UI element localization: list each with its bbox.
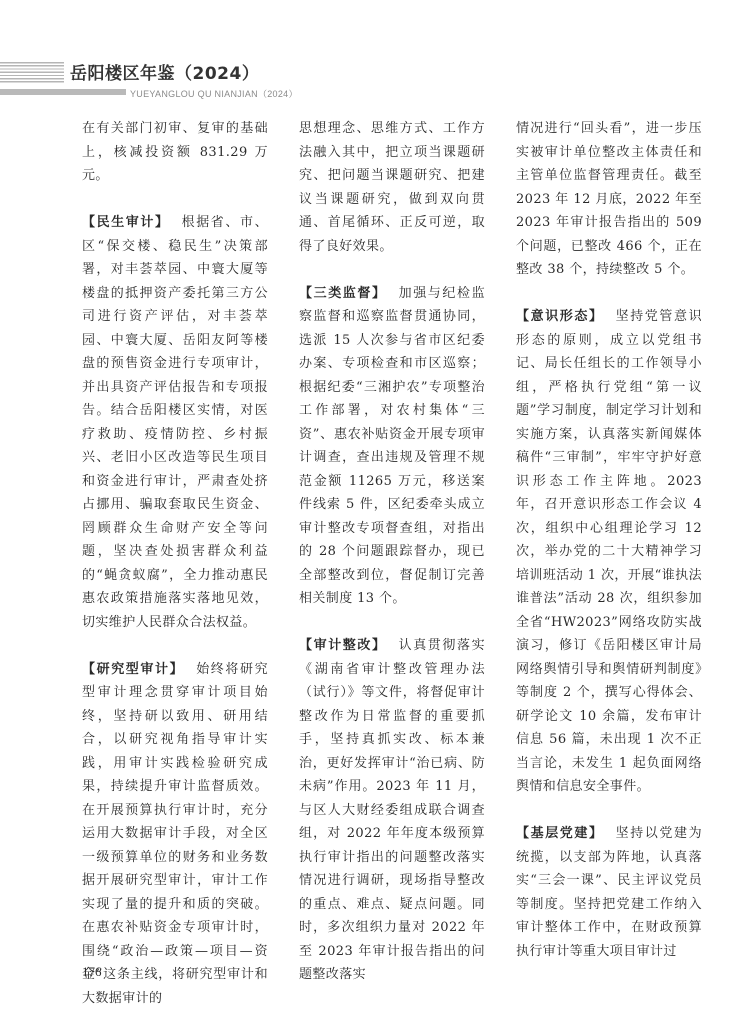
header-stripes-decoration (0, 62, 64, 84)
paragraph-text: 情况进行“回头看”，进一步压实被审计单位整改主体责任和主管单位监督管理责任。截至… (516, 121, 702, 277)
paragraph-text: 认真贯彻落实《湖南省审计整改管理办法（试行）》等文件，将督促审计整改作为日常监督… (299, 638, 485, 982)
paragraph-continuation: 情况进行“回头看”，进一步压实被审计单位整改主体责任和主管单位监督管理责任。截至… (516, 117, 702, 282)
section-audit-rectification: 【审计整改】认真贯彻落实《湖南省审计整改管理办法（试行）》等文件，将督促审计整改… (299, 634, 485, 987)
section-heading: 【基层党建】 (516, 826, 604, 841)
section-grassroots-party: 【基层党建】坚持以党建为统揽，以支部为阵地，认真落实“三会一课”、民主评议党员等… (516, 822, 702, 963)
yearbook-subtitle: YUEYANGLOU QU NIANJIAN（2024） (130, 87, 298, 100)
paragraph-text: 坚持以党建为统揽，以支部为阵地，认真落实“三会一课”、民主评议党员等制度。坚持把… (516, 826, 702, 959)
paragraph-text: 在有关部门初审、复审的基础上，核减投资额 831.29 万元。 (82, 121, 268, 183)
running-header: 岳阳楼区年鉴（2024） YUEYANGLOU QU NIANJIAN（2024… (0, 58, 750, 98)
section-three-supervision: 【三类监督】加强与纪检监察监督和巡察监督贯通协同，选派 15 人次参与省市区纪委… (299, 282, 485, 611)
section-minsheng-audit: 【民生审计】根据省、市、区“保交楼、稳民生”决策部署，对丰荟萃园、中寰大厦等楼盘… (82, 211, 268, 634)
section-ideology: 【意识形态】坚持党管意识形态的原则，成立以党组书记、局长任组长的工作领导小组，严… (516, 305, 702, 799)
paragraph-text: 加强与纪检监察监督和巡察监督贯通协同，选派 15 人次参与省市区纪委办案、专项检… (299, 286, 485, 607)
body-columns: 在有关部门初审、复审的基础上，核减投资额 831.29 万元。 【民生审计】根据… (82, 117, 702, 947)
column-right: 情况进行“回头看”，进一步压实被审计单位整改主体责任和主管单位监督管理责任。截至… (516, 117, 702, 947)
section-heading: 【研究型审计】 (82, 662, 184, 677)
section-heading: 【民生审计】 (82, 215, 170, 230)
paragraph-text: 思想理念、思维方式、工作方法融入其中，把立项当课题研究、把问题当课题研究、把建议… (299, 121, 485, 254)
page-number: 176 (82, 964, 102, 980)
paragraph-text: 坚持党管意识形态的原则，成立以党组书记、局长任组长的工作领导小组，严格执行党组“… (516, 309, 702, 794)
section-research-audit: 【研究型审计】始终将研究型审计理念贯穿审计项目始终，坚持研以致用、研用结合，以研… (82, 658, 268, 1011)
section-heading: 【审计整改】 (299, 638, 387, 653)
paragraph-text: 根据省、市、区“保交楼、稳民生”决策部署，对丰荟萃园、中寰大厦等楼盘的抵押资产委… (82, 215, 268, 630)
paragraph-text: 始终将研究型审计理念贯穿审计项目始终，坚持研以致用、研用结合，以研究视角指导审计… (82, 662, 268, 1006)
paragraph-continuation: 思想理念、思维方式、工作方法融入其中，把立项当课题研究、把问题当课题研究、把建议… (299, 117, 485, 258)
section-heading: 【意识形态】 (516, 309, 604, 324)
paragraph-continuation: 在有关部门初审、复审的基础上，核减投资额 831.29 万元。 (82, 117, 268, 188)
column-middle: 思想理念、思维方式、工作方法融入其中，把立项当课题研究、把问题当课题研究、把建议… (299, 117, 485, 947)
section-heading: 【三类监督】 (299, 286, 387, 301)
yearbook-title: 岳阳楼区年鉴（2024） (70, 59, 259, 84)
header-bar-decoration (0, 89, 126, 95)
column-left: 在有关部门初审、复审的基础上，核减投资额 831.29 万元。 【民生审计】根据… (82, 117, 268, 947)
